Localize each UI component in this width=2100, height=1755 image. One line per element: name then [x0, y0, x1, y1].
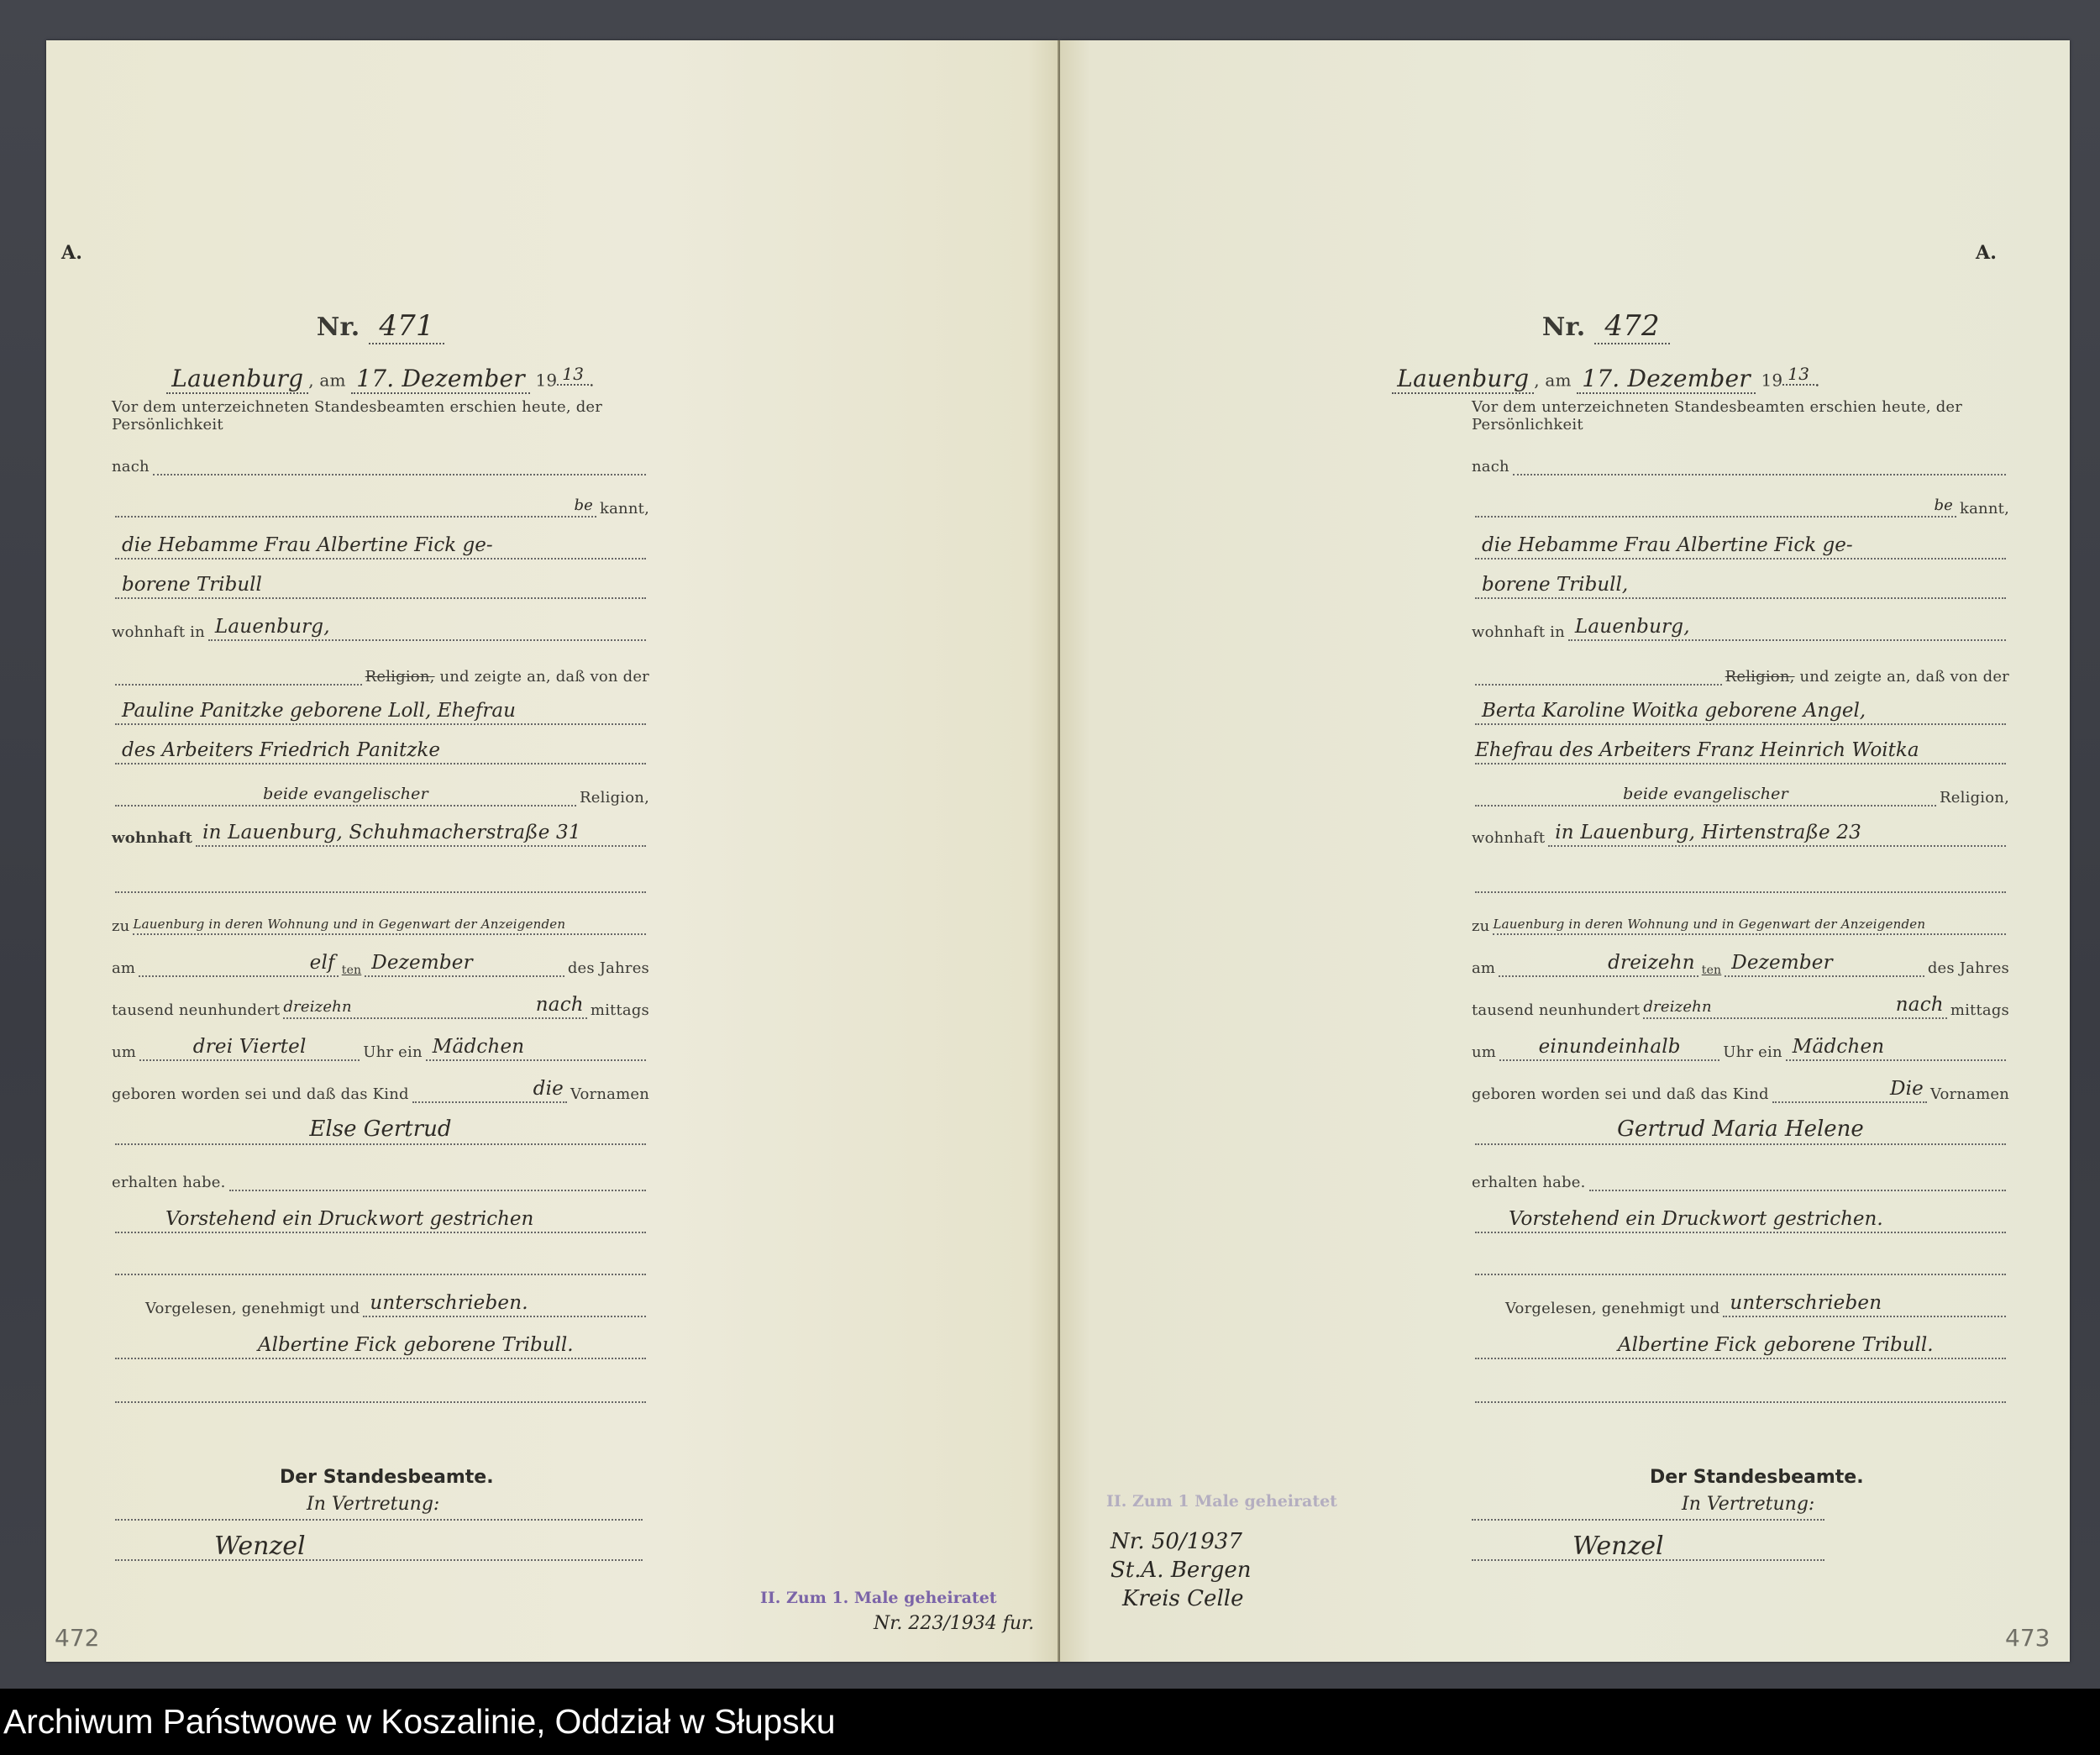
nach-row: nach: [112, 442, 649, 476]
birth-time-row: umeinundeinhalbUhr einMädchen: [1472, 1027, 2009, 1061]
year-suffix: 13: [557, 364, 589, 386]
religion-struck-label: Religion,: [1725, 668, 1795, 686]
signature-row: Albertine Fick geborene Tribull.: [1472, 1326, 2009, 1359]
informant-field-2: borene Tribull,: [1475, 574, 2006, 599]
informant-line-1: die Hebamme Frau Albertine Fick ge-: [1482, 534, 1853, 556]
erhalten-row: erhalten habe.: [1472, 1158, 2009, 1191]
time-field: drei Viertel: [139, 1036, 360, 1061]
erhalten-field: [1589, 1166, 2006, 1191]
place-date-line: Lauenburg, am 17. Dezember 1913.: [112, 364, 649, 394]
mother-field-2: Ehefrau des Arbeiters Franz Heinrich Woi…: [1475, 739, 2006, 765]
intro-text: Vor dem unterzeichneten Standesbeamten e…: [1472, 398, 2009, 433]
birthplace-row: zuLauenburg in deren Wohnung und in Gege…: [1472, 901, 2009, 935]
informant-field-1: die Hebamme Frau Albertine Fick ge-: [115, 534, 646, 560]
birth-day-row: amelftenDezemberdes Jahres: [112, 943, 649, 977]
mother-field-1: Pauline Panitzke geborene Loll, Ehefrau: [115, 700, 646, 725]
official-line-2: [1472, 1559, 1824, 1561]
form-letter: A.: [1976, 242, 1997, 264]
child-names-row: Gertrud Maria Helene: [1472, 1111, 2009, 1145]
mother-line-1: Berta Karoline Woitka geborene Angel,: [1482, 700, 1866, 722]
birthplace-row: zuLauenburg in deren Wohnung und in Gege…: [112, 901, 649, 935]
vorgelesen-label: Vorgelesen, genehmigt und: [1505, 1300, 1719, 1317]
bekannt-field: be: [1475, 492, 1956, 518]
marriage-note: Nr. 50/1937 St.A. Bergen Kreis Celle: [1110, 1527, 1252, 1613]
informant-line-2: borene Tribull: [122, 574, 262, 596]
residence-value: in Lauenburg, Hirtenstraße 23: [1555, 822, 1861, 843]
child-names-field: Else Gertrud: [115, 1120, 646, 1145]
remark-value: Vorstehend ein Druckwort gestrichen.: [1509, 1208, 1883, 1230]
vorgelesen-label: Vorgelesen, genehmigt und: [145, 1300, 360, 1317]
marriage-note-line-3: Kreis Celle: [1110, 1584, 1252, 1613]
erhalten-field: [229, 1166, 646, 1191]
wohnhaft-in-label: wohnhaft in: [112, 623, 205, 641]
informant-row-2: borene Tribull,: [1472, 565, 2009, 599]
informant-religion-field: [1475, 660, 1722, 686]
birth-year-row: tausend neunhundertdreizehnnachmittags: [112, 985, 649, 1019]
time-value: einundeinhalb: [1539, 1036, 1681, 1058]
religion-label: Religion,: [1940, 789, 2009, 807]
date: 17. Dezember: [351, 365, 530, 394]
record-number: 472: [1594, 309, 1670, 344]
des-jahres-label: des Jahres: [568, 959, 649, 977]
bekannt-prefix: be: [1934, 497, 1953, 514]
wohnhaft-label: wohnhaft: [112, 829, 192, 847]
informant-residence-row: wohnhaft inLauenburg,: [112, 607, 649, 641]
vornamen-label: Vornamen: [1930, 1085, 2009, 1103]
before-after: nach: [536, 994, 584, 1016]
marriage-stamp: II. Zum 1. Male geheiratet: [760, 1589, 997, 1607]
remark-row-2: [112, 1242, 649, 1275]
mother-field-2: des Arbeiters Friedrich Panitzke: [115, 739, 646, 765]
birth-day-row: amdreizehntenDezemberdes Jahres: [1472, 943, 2009, 977]
bekannt-field: be: [115, 492, 596, 518]
record-number: 471: [369, 309, 444, 344]
remark-row-2: [1472, 1242, 2009, 1275]
remark-row: Vorstehend ein Druckwort gestrichen.: [1472, 1200, 2009, 1233]
signature-field: Albertine Fick geborene Tribull.: [1475, 1334, 2006, 1359]
kannt-label: kannt,: [1960, 500, 2009, 518]
place: Lauenburg: [1392, 365, 1534, 394]
religion-row: beide evangelischerReligion,: [1472, 773, 2009, 807]
nach-row: nach: [1472, 442, 2009, 476]
nach-label: nach: [112, 458, 150, 476]
date: 17. Dezember: [1577, 365, 1756, 394]
residence-row: wohnhaftin Lauenburg, Hirtenstraße 23: [1472, 813, 2009, 847]
bekannt-prefix: be: [574, 497, 593, 514]
birthplace-field: Lauenburg in deren Wohnung und in Gegenw…: [133, 910, 646, 935]
official-role: In Vertretung:: [1682, 1494, 1814, 1515]
approval-value: unterschrieben: [1730, 1292, 1882, 1314]
signature-row-2: [1472, 1369, 2009, 1403]
remark-field: Vorstehend ein Druckwort gestrichen: [115, 1208, 646, 1233]
article-value: Die: [1890, 1078, 1924, 1100]
child-names: Else Gertrud: [309, 1117, 451, 1142]
year-field: dreizehnnach: [283, 994, 587, 1019]
mother-row-2: Ehefrau des Arbeiters Franz Heinrich Woi…: [1472, 731, 2009, 765]
mother-line-2: des Arbeiters Friedrich Panitzke: [122, 739, 440, 761]
signature-field: Albertine Fick geborene Tribull.: [115, 1334, 646, 1359]
standesbeamte-label: Der Standesbeamte.: [1650, 1467, 1864, 1488]
record-number-heading: Nr. 471: [112, 309, 649, 344]
mittags-label: mittags: [1950, 1001, 2009, 1019]
residence-row: wohnhaftin Lauenburg, Schuhmacherstraße …: [112, 813, 649, 847]
place: Lauenburg: [166, 365, 308, 394]
geboren-label: geboren worden sei und daß das Kind: [112, 1085, 409, 1103]
informant-field-2: borene Tribull: [115, 574, 646, 599]
informant-signature: Albertine Fick geborene Tribull.: [1618, 1334, 1934, 1356]
ten-label: ten: [342, 964, 362, 977]
remark-field-2: [1475, 1250, 2006, 1275]
religion-value: beide evangelischer: [1623, 785, 1788, 803]
left-page: A. Nr. 471 Lauenburg, am 17. Dezember 19…: [46, 40, 1058, 1662]
child-sex: Mädchen: [433, 1036, 525, 1058]
religion-struck-label: Religion,: [365, 668, 435, 686]
official-line-2: [115, 1559, 643, 1561]
religion-label: Religion,: [580, 789, 649, 807]
informant-row-2: borene Tribull: [112, 565, 649, 599]
informant-residence-field: Lauenburg,: [208, 616, 646, 641]
am-day-label: am: [1472, 959, 1495, 977]
nach-field: [1513, 450, 2006, 476]
archive-caption: Archiwum Państwowe w Koszalinie, Oddział…: [3, 1702, 835, 1742]
remark-value: Vorstehend ein Druckwort gestrichen: [165, 1208, 533, 1230]
informant-row-1: die Hebamme Frau Albertine Fick ge-: [112, 526, 649, 560]
informant-residence-row: wohnhaft inLauenburg,: [1472, 607, 2009, 641]
mother-row-1: Pauline Panitzke geborene Loll, Ehefrau: [112, 691, 649, 725]
official-signature: Wenzel: [214, 1532, 306, 1561]
signature-field-2: [1475, 1378, 2006, 1403]
informant-row-1: die Hebamme Frau Albertine Fick ge-: [1472, 526, 2009, 560]
uhr-ein-label: Uhr ein: [1723, 1043, 1782, 1061]
zeigte-an-label: und zeigte an, daß von der: [439, 668, 649, 686]
erhalten-label: erhalten habe.: [112, 1174, 226, 1191]
year-words: dreizehn: [1643, 998, 1711, 1016]
am-day-label: am: [112, 959, 135, 977]
religion-struck-row: Religion, und zeigte an, daß von der: [112, 652, 649, 686]
article-field: Die: [1772, 1078, 1927, 1103]
remark-field-2: [115, 1250, 646, 1275]
year-prefix: 19: [535, 370, 557, 391]
day-value: dreizehn: [1608, 952, 1695, 974]
month-field: Dezember: [365, 952, 564, 977]
mittags-label: mittags: [591, 1001, 649, 1019]
kannt-label: kannt,: [600, 500, 649, 518]
blank-row: [112, 859, 649, 893]
approval-row: Vorgelesen, genehmigt undunterschrieben.: [112, 1284, 649, 1317]
year-suffix: 13: [1782, 364, 1814, 386]
am-label: am: [1545, 370, 1571, 391]
child-names-row: Else Gertrud: [112, 1111, 649, 1145]
page-number: 472: [55, 1624, 99, 1652]
informant-line-2: borene Tribull,: [1482, 574, 1628, 596]
time-field: einundeinhalb: [1499, 1036, 1719, 1061]
mother-line-1: Pauline Panitzke geborene Loll, Ehefrau: [122, 700, 516, 722]
approval-row: Vorgelesen, genehmigt undunterschrieben: [1472, 1284, 2009, 1317]
mother-row-1: Berta Karoline Woitka geborene Angel,: [1472, 691, 2009, 725]
birthplace-value: Lauenburg in deren Wohnung und in Gegenw…: [133, 917, 565, 932]
marriage-note-line-2: St.A. Bergen: [1110, 1556, 1252, 1584]
informant-residence: Lauenburg,: [1575, 616, 1690, 638]
remark-field: Vorstehend ein Druckwort gestrichen.: [1475, 1208, 2006, 1233]
erhalten-row: erhalten habe.: [112, 1158, 649, 1191]
approval-field: unterschrieben.: [363, 1292, 646, 1317]
informant-field-1: die Hebamme Frau Albertine Fick ge-: [1475, 534, 2006, 560]
nach-label: nach: [1472, 458, 1509, 476]
intro-text: Vor dem unterzeichneten Standesbeamten e…: [112, 398, 649, 433]
marriage-note: Nr. 223/1934 fur.: [874, 1610, 1034, 1638]
uhr-ein-label: Uhr ein: [363, 1043, 423, 1061]
signature-row: Albertine Fick geborene Tribull.: [112, 1326, 649, 1359]
place-date-line: Lauenburg, am 17. Dezember 1913.: [1337, 364, 1875, 394]
residence-field: in Lauenburg, Hirtenstraße 23: [1548, 822, 2006, 847]
informant-religion-field: [115, 660, 362, 686]
year-prefix: 19: [1761, 370, 1782, 391]
bekannt-row: bekannt,: [112, 484, 649, 518]
mother-field-1: Berta Karoline Woitka geborene Angel,: [1475, 700, 2006, 725]
month-field: Dezember: [1725, 952, 1924, 977]
mother-line-2: Ehefrau des Arbeiters Franz Heinrich Woi…: [1475, 739, 1919, 761]
informant-residence-field: Lauenburg,: [1568, 616, 2006, 641]
geboren-label: geboren worden sei und daß das Kind: [1472, 1085, 1769, 1103]
signature-row-2: [112, 1369, 649, 1403]
year-words: dreizehn: [283, 998, 351, 1016]
sex-field: Mädchen: [426, 1036, 646, 1061]
blank-row: [1472, 859, 2009, 893]
day-field: elf: [139, 952, 339, 977]
bekannt-row: bekannt,: [1472, 484, 2009, 518]
approval-value: unterschrieben.: [370, 1292, 528, 1314]
article-field: die: [412, 1078, 567, 1103]
religion-struck-row: Religion, und zeigte an, daß von der: [1472, 652, 2009, 686]
ten-label: ten: [1702, 964, 1722, 977]
approval-field: unterschrieben: [1723, 1292, 2006, 1317]
blank-field: [115, 868, 646, 893]
erhalten-label: erhalten habe.: [1472, 1174, 1586, 1191]
right-page: A. Nr. 472 Lauenburg, am 17. Dezember 19…: [1060, 40, 2070, 1662]
tausend-label: tausend neunhundert: [112, 1001, 280, 1019]
official-line-1: [1472, 1519, 1824, 1521]
kind-row: geboren worden sei und daß das KindDieVo…: [1472, 1069, 2009, 1103]
informant-line-1: die Hebamme Frau Albertine Fick ge-: [122, 534, 493, 556]
birth-year-row: tausend neunhundertdreizehnnachmittags: [1472, 985, 2009, 1019]
religion-field: beide evangelischer: [115, 781, 576, 807]
month-value: Dezember: [371, 952, 473, 974]
standesbeamte-label: Der Standesbeamte.: [280, 1467, 494, 1488]
child-sex: Mädchen: [1793, 1036, 1885, 1058]
tausend-label: tausend neunhundert: [1472, 1001, 1640, 1019]
vornamen-label: Vornamen: [570, 1085, 649, 1103]
intro-text-row: Vor dem unterzeichneten Standesbeamten e…: [1472, 400, 2009, 433]
am-label: am: [319, 370, 345, 391]
blank-field: [1475, 868, 2006, 893]
form-letter: A.: [61, 242, 82, 264]
zu-label: zu: [1472, 917, 1489, 935]
article-value: die: [533, 1078, 564, 1100]
official-signature: Wenzel: [1572, 1532, 1664, 1561]
child-names-field: Gertrud Maria Helene: [1475, 1120, 2006, 1145]
religion-field: beide evangelischer: [1475, 781, 1936, 807]
intro-text-row: Vor dem unterzeichneten Standesbeamten e…: [112, 400, 649, 433]
informant-residence: Lauenburg,: [215, 616, 330, 638]
signature-field-2: [115, 1378, 646, 1403]
birthplace-field: Lauenburg in deren Wohnung und in Gegenw…: [1493, 910, 2006, 935]
child-names: Gertrud Maria Helene: [1617, 1117, 1864, 1142]
official-line-1: [115, 1519, 643, 1521]
birthplace-value: Lauenburg in deren Wohnung und in Gegenw…: [1493, 917, 1925, 932]
day-field: dreizehn: [1499, 952, 1698, 977]
religion-row: beide evangelischerReligion,: [112, 773, 649, 807]
religion-value: beide evangelischer: [263, 785, 428, 803]
des-jahres-label: des Jahres: [1928, 959, 2009, 977]
birth-time-row: umdrei ViertelUhr einMädchen: [112, 1027, 649, 1061]
wohnhaft-label: wohnhaft: [1472, 829, 1545, 847]
nach-field: [153, 450, 646, 476]
marriage-note-line-1: Nr. 50/1937: [1110, 1527, 1252, 1556]
year-field: dreizehnnach: [1643, 994, 1947, 1019]
zeigte-an-label: und zeigte an, daß von der: [1799, 668, 2009, 686]
record-number-heading: Nr. 472: [1337, 309, 1875, 344]
month-value: Dezember: [1731, 952, 1833, 974]
wohnhaft-in-label: wohnhaft in: [1472, 623, 1565, 641]
archive-caption-bar: Archiwum Państwowe w Koszalinie, Oddział…: [0, 1689, 2100, 1755]
zu-label: zu: [112, 917, 129, 935]
day-value: elf: [310, 952, 335, 974]
sex-field: Mädchen: [1786, 1036, 2006, 1061]
official-role: In Vertretung:: [307, 1494, 439, 1515]
nr-label: Nr.: [317, 313, 360, 342]
before-after: nach: [1896, 994, 1944, 1016]
page-number: 473: [2005, 1624, 2050, 1652]
marriage-stamp: II. Zum 1 Male geheiratet: [1106, 1492, 1337, 1511]
mother-row-2: des Arbeiters Friedrich Panitzke: [112, 731, 649, 765]
nr-label: Nr.: [1542, 313, 1586, 342]
residence-field: in Lauenburg, Schuhmacherstraße 31: [196, 822, 646, 847]
kind-row: geboren worden sei und daß das KinddieVo…: [112, 1069, 649, 1103]
um-label: um: [112, 1043, 136, 1061]
informant-signature: Albertine Fick geborene Tribull.: [258, 1334, 574, 1356]
residence-value: in Lauenburg, Schuhmacherstraße 31: [202, 822, 581, 843]
um-label: um: [1472, 1043, 1496, 1061]
remark-row: Vorstehend ein Druckwort gestrichen: [112, 1200, 649, 1233]
time-value: drei Viertel: [193, 1036, 307, 1058]
